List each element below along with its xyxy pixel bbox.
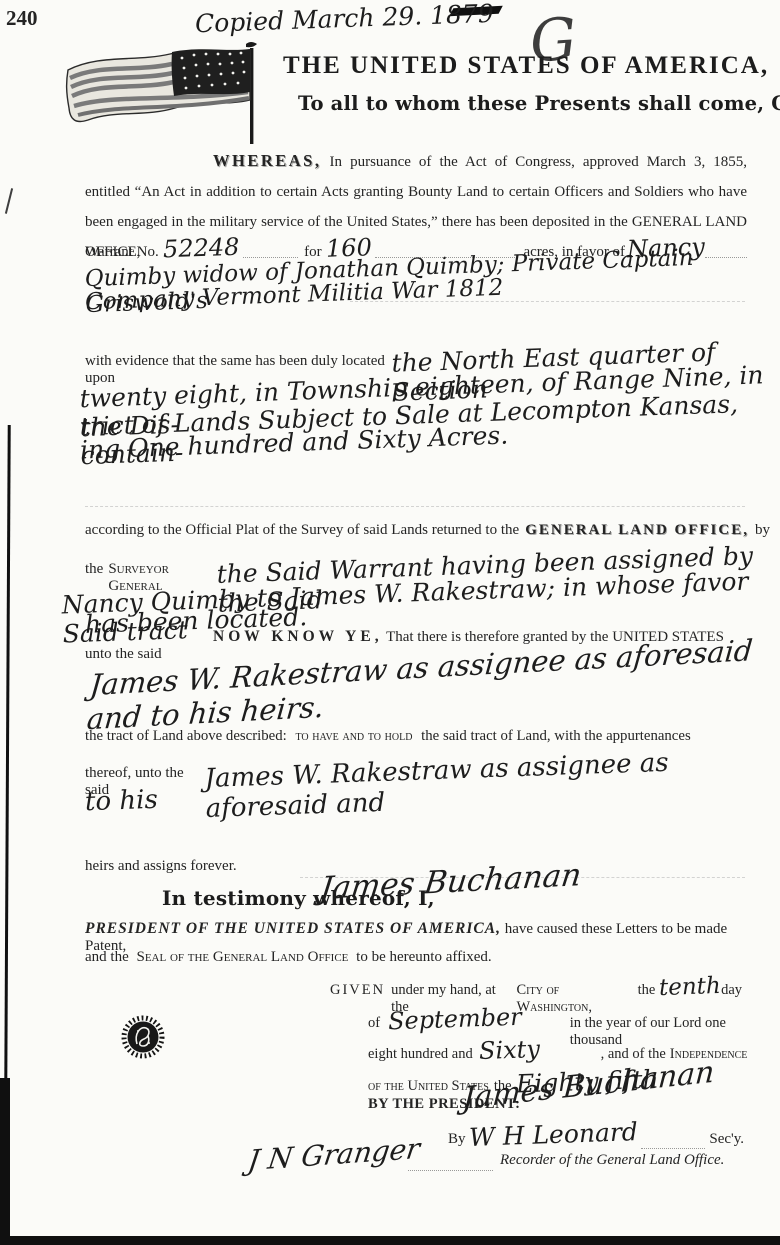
plat-row: according to the Official Plat of the Su…	[85, 522, 770, 539]
president-signature-top: James Buchanan	[318, 857, 583, 907]
seal-post: to be hereunto affixed.	[356, 949, 492, 965]
have-hold-label: to have and to hold	[295, 728, 412, 744]
warrant-label: Warrant No.	[85, 244, 159, 261]
whereas-label: WHEREAS,	[213, 151, 321, 170]
given-month-value: September	[388, 1003, 523, 1036]
seal-sc: Seal of the General Land Office	[136, 949, 348, 965]
given-day-value: tenth	[659, 973, 722, 1001]
recorder-signature: J N Granger	[246, 1132, 422, 1177]
the-label: the	[85, 561, 103, 578]
copied-annotation: Copied March 29. 1879	[195, 0, 495, 38]
dotted-leader	[243, 255, 298, 258]
tract-text-1: the tract of Land above described:	[85, 728, 287, 744]
dashed-rule	[85, 505, 745, 507]
president-caps: PRESIDENT OF THE UNITED STATES OF AMERIC…	[85, 920, 501, 937]
us-flag-icon	[60, 40, 265, 151]
tract-handwriting-2: to his	[84, 785, 158, 818]
general-land-office-label: GENERAL LAND OFFICE,	[525, 522, 749, 539]
scan-bottom-bar	[0, 1236, 780, 1245]
page-number: 240	[6, 6, 38, 31]
binding-edge-line	[4, 425, 10, 1085]
stray-mark	[5, 188, 13, 214]
plat-text-after: by	[755, 522, 770, 539]
binding-edge-bar	[0, 1078, 10, 1245]
dashed-rule	[350, 300, 745, 302]
by-label: By	[448, 1131, 466, 1148]
given-word: GIVEN	[330, 982, 385, 999]
given-year-value: Sixty	[478, 1035, 540, 1065]
seal-pre: and the	[85, 949, 129, 965]
now-know-ye-label: NOW KNOW YE,	[213, 628, 383, 645]
land-patent-document: 240 Copied March 29. 1879 G THE UNITED S…	[0, 0, 780, 1245]
given-l3a: eight hundred and	[368, 1046, 473, 1063]
heirs-line: heirs and assigns forever.	[85, 858, 237, 875]
recorder-label: Recorder of the General Land Office.	[500, 1152, 724, 1169]
tract-handwriting-1: James W. Rakestraw as assignee as afores…	[204, 744, 780, 824]
dotted-leader	[641, 1146, 705, 1149]
tract-line-1: the tract of Land above described: to ha…	[85, 728, 765, 745]
given-l1c: day	[721, 982, 742, 999]
given-l1b: the	[638, 982, 656, 999]
warrant-number-value: 52248	[162, 233, 239, 264]
secretary-row: By W H Leonard Sec'y.	[448, 1120, 744, 1149]
seal-line: and the Seal of the General Land Office …	[85, 949, 492, 966]
document-title: THE UNITED STATES OF AMERICA,	[283, 52, 769, 80]
tract-line-2: thereof, unto the said James W. Rakestra…	[85, 754, 780, 814]
secy-label: Sec'y.	[709, 1131, 744, 1148]
glo-seal-icon	[120, 1012, 166, 1067]
given-l2a: of	[368, 1015, 380, 1032]
greeting-line: To all to whom these Presents shall come…	[298, 92, 780, 115]
secretary-signature: W H Leonard	[468, 1117, 638, 1152]
dotted-leader	[408, 1168, 493, 1171]
tract-text-2: the said tract of Land, with the appurte…	[421, 728, 691, 744]
plat-text-before: according to the Official Plat of the Su…	[85, 522, 519, 539]
